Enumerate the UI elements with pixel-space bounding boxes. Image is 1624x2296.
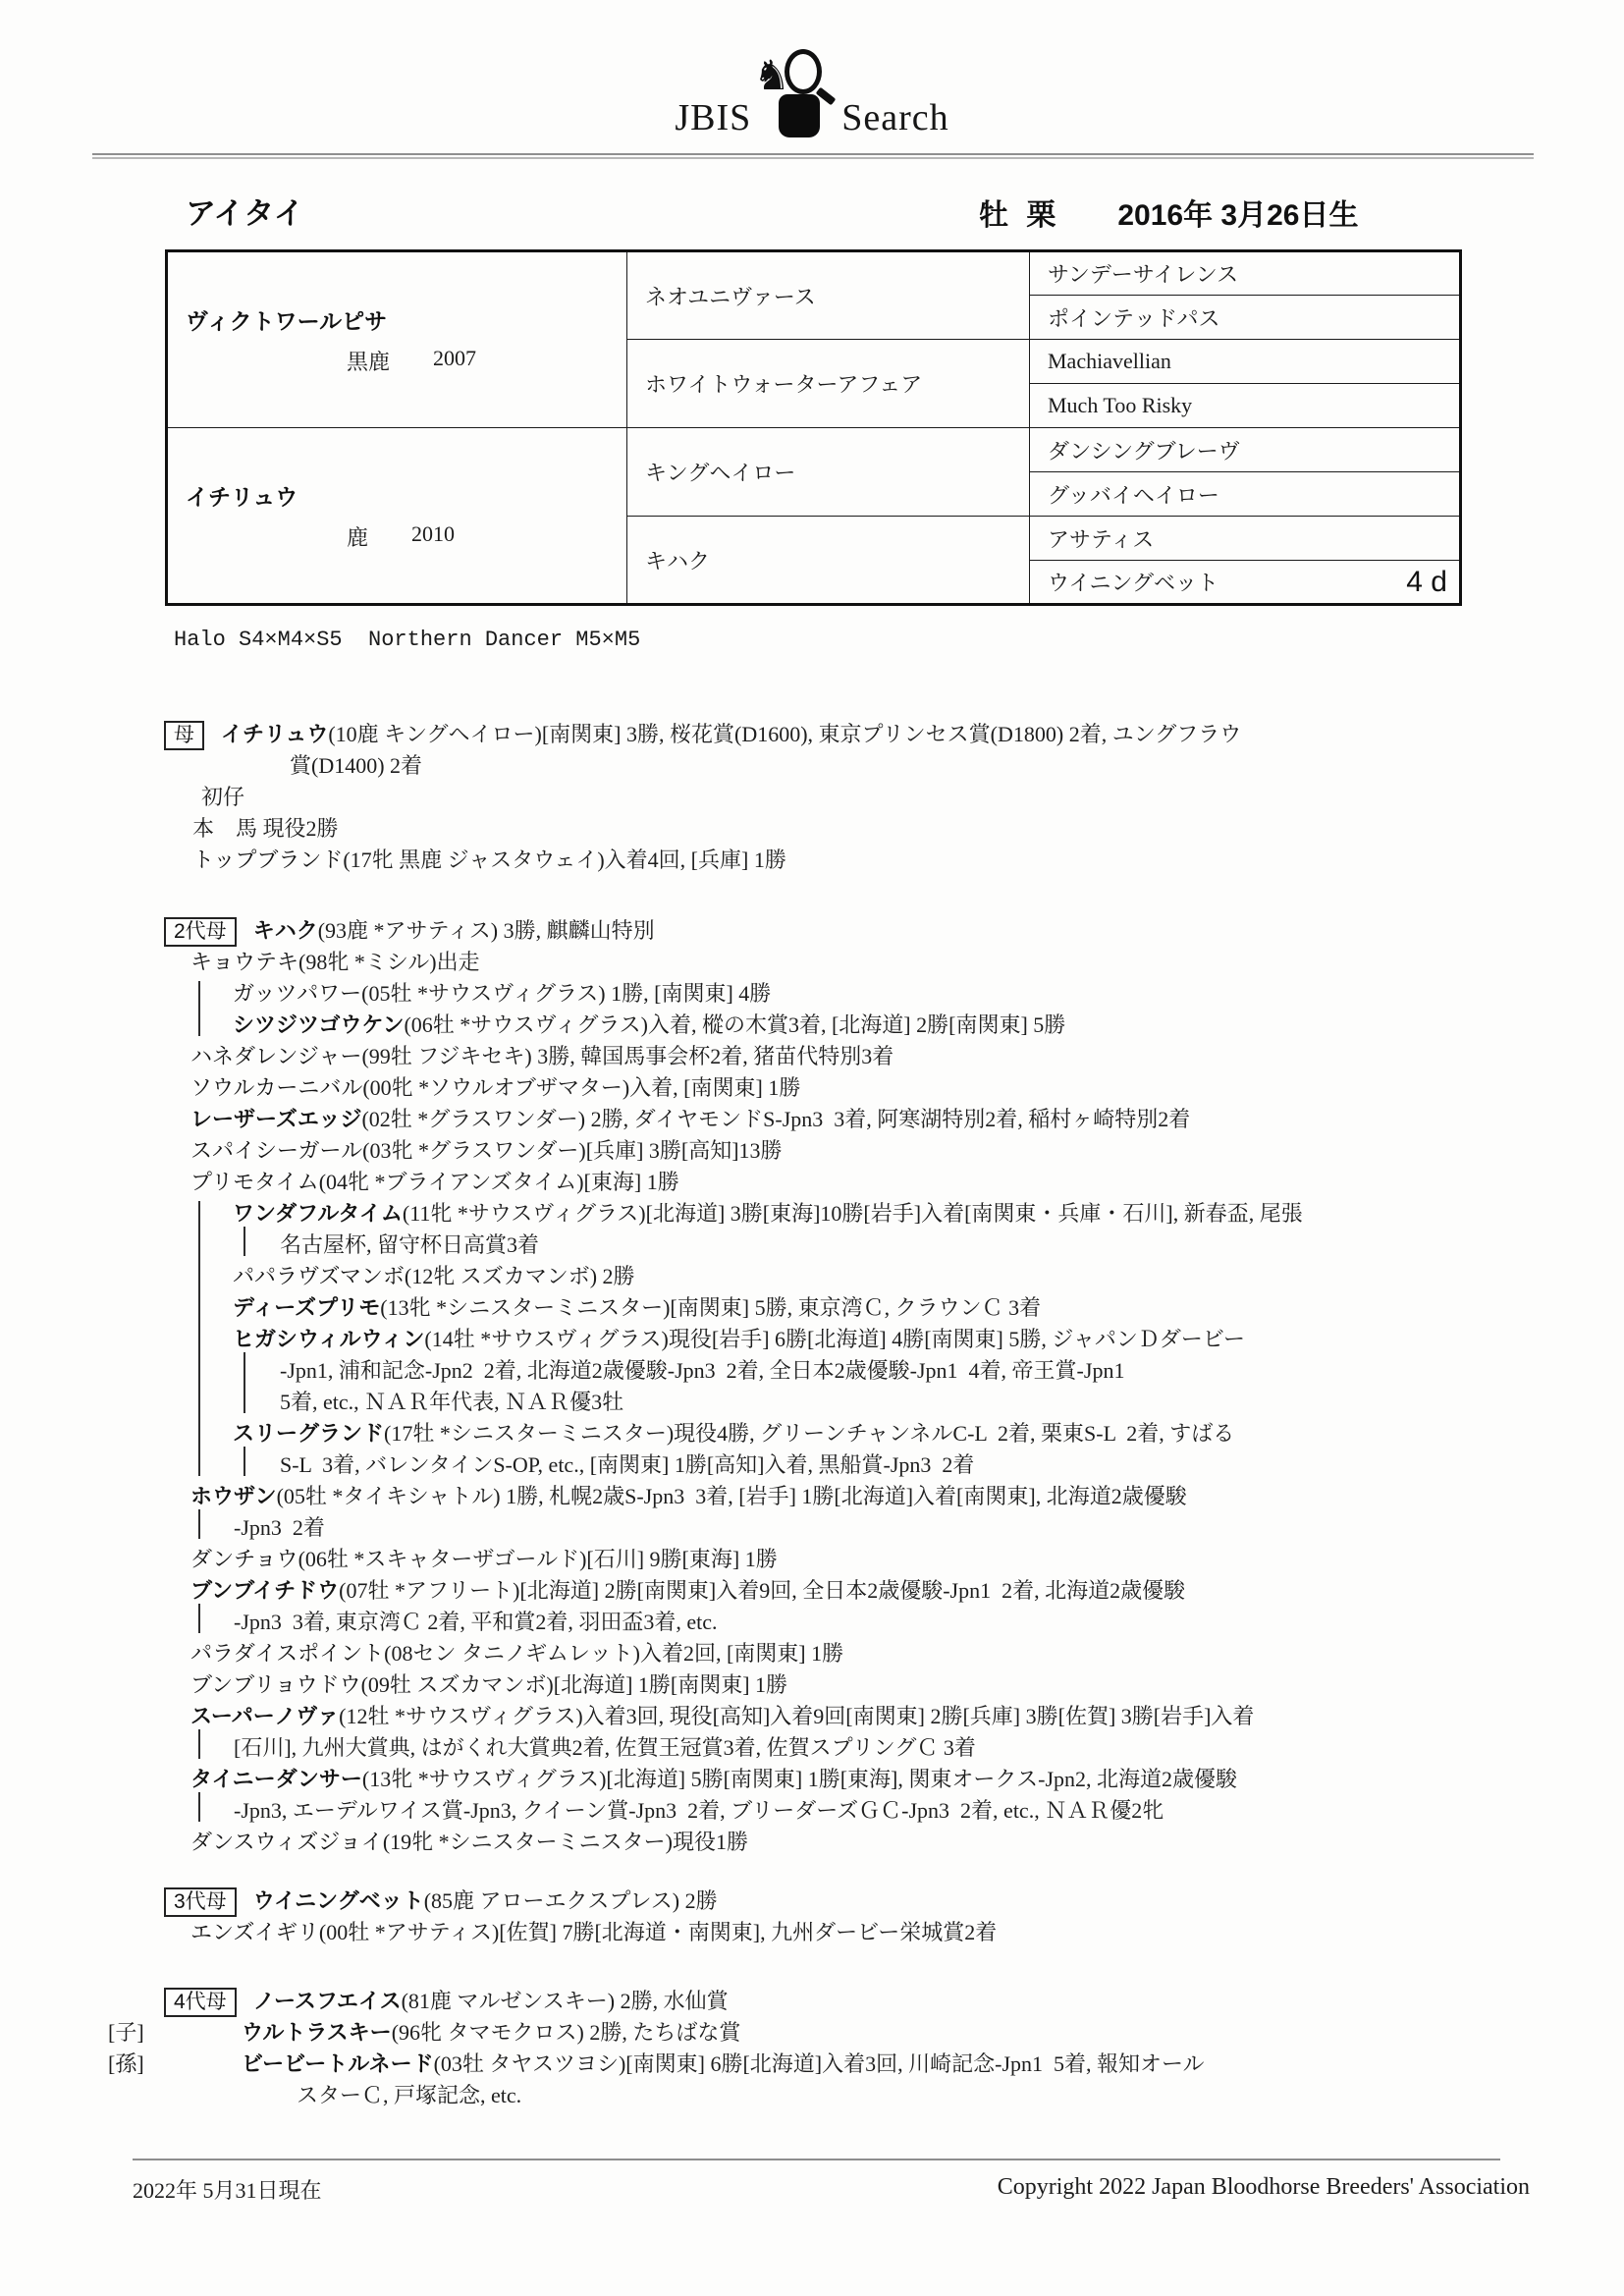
horse-name: プリモタイム xyxy=(190,1170,319,1194)
horse-details: (04牝 *ブライアンズタイム)[東海] 1勝 xyxy=(319,1170,679,1194)
header-divider xyxy=(92,153,1534,159)
family-entry: ソウルカーニバル(00牝 *ソウルオブザマター)入着, [南関東] 1勝 xyxy=(0,1072,1453,1104)
horse-name: ブンブイチドウ xyxy=(190,1578,339,1603)
page-footer: 2022年 5月31日現在 Copyright 2022 Japan Blood… xyxy=(0,2159,1624,2205)
magnifier-ring-icon xyxy=(785,49,822,94)
family-entry: [孫]ビービートルネード(03牡 タヤスツヨシ)[南関東] 6勝[北海道]入着3… xyxy=(0,2049,1453,2111)
pedigree-cell-sire-sire: ネオユニヴァース xyxy=(627,251,1030,340)
family-entry: エンズイギリ(00牡 *アサティス)[佐賀] 7勝[北海道・南関東], 九州ダー… xyxy=(0,1917,1453,1948)
family-entry: ダンスウィズジョイ(19牝 *シニスターミニスター)現役1勝 xyxy=(0,1827,1453,1858)
horse-name: トップブランド xyxy=(192,847,343,872)
family-entry: パラダイスポイント(08セン タニノギムレット)入着2回, [南関東] 1勝 xyxy=(0,1638,1453,1669)
horse-details: (93鹿 *アサティス) 3勝, 麒麟山特別 xyxy=(318,918,655,943)
horse-details: (81鹿 マルゼンスキー) 2勝, 水仙賞 xyxy=(402,1989,729,2013)
descendants-group: ワンダフルタイム(11牝 *サウスヴィグラス)[北海道] 3勝[東海]10勝[岩… xyxy=(0,1198,1453,1481)
horse-name: スーパーノヴァ xyxy=(190,1704,339,1728)
horse-name: パラダイスポイント xyxy=(190,1641,384,1666)
family-entry: ブンブイチドウ(07牡 *アフリート)[北海道] 2勝[南関東]入着9回, 全日… xyxy=(0,1575,1453,1638)
family-entry: シツジツゴウケン(06牡 *サウスヴィグラス)入着, 樅の木賞3着, [北海道]… xyxy=(0,1010,1453,1041)
horse-details: (17牝 黒鹿 ジャスタウェイ)入着4回, [兵庫] 1勝 xyxy=(343,847,786,872)
pedigree-cell-sire-dam: ホワイトウォーターアフェア xyxy=(627,340,1030,428)
family-number-tag: 4 d xyxy=(1406,566,1447,599)
inbreeding-line: Halo S4×M4×S5 Northern Dancer M5×M5 xyxy=(174,628,1624,652)
horse-name: キハク xyxy=(253,918,318,943)
horse-details: (12牝 スズカマンボ) 2勝 xyxy=(405,1264,635,1288)
jbis-logo: JBIS♞Search xyxy=(0,0,1624,139)
pedigree-cell-dam-dam: キハク xyxy=(627,517,1030,605)
family-entry: スリーグランド(17牡 *シニスターミニスター)現役4勝, グリーンチャンネルC… xyxy=(0,1418,1453,1481)
section-granddam4: 4代母ノースフエイス(81鹿 マルゼンスキー) 2勝, 水仙賞 [子]ウルトラス… xyxy=(0,1986,1453,2111)
pedigree-cell-sdd: Much Too Risky xyxy=(1030,384,1461,428)
horse-details: (06牡 *スキャターザゴールド)[石川] 9勝[東海] 1勝 xyxy=(298,1547,778,1571)
family-entry: ガッツパワー(05牡 *サウスヴィグラス) 1勝, [南関東] 4勝 xyxy=(0,978,1453,1010)
family-entry: 3代母ウイニングベット(85鹿 アローエクスプレス) 2勝 xyxy=(0,1886,1453,1917)
horse-name: ダンスウィズジョイ xyxy=(190,1830,383,1854)
footer-divider xyxy=(133,2159,1500,2160)
horse-name: ビービートルネード xyxy=(242,2051,434,2076)
pedigree-cell-dds: アサティス xyxy=(1030,517,1461,561)
pedigree-cell-sire: ヴィクトワールピサ 黒鹿2007 xyxy=(167,251,627,428)
family-entry: 母イチリュウ(10鹿 キングヘイロー)[南関東] 3勝, 桜花賞(D1600),… xyxy=(0,719,1453,782)
family-entry: 2代母キハク(93鹿 *アサティス) 3勝, 麒麟山特別 xyxy=(0,915,1453,947)
pedigree-cell-sss: サンデーサイレンス xyxy=(1030,251,1461,296)
horse-details: (05牡 *サウスヴィグラス) 1勝, [南関東] 4勝 xyxy=(361,981,771,1006)
table-row: イチリュウ 鹿2010 キングヘイロー ダンシングブレーヴ xyxy=(167,428,1461,472)
horse-birthdate: 2016年 3月26日生 xyxy=(1117,191,1358,234)
horse-details: (96牝 タマモクロス) 2勝, たちばな賞 xyxy=(392,2020,741,2045)
horse-name: ガッツパワー xyxy=(233,981,361,1006)
horse-name: ソウルカーニバル xyxy=(190,1075,362,1100)
dam-year: 2010 xyxy=(411,521,455,552)
sire-coat: 黒鹿 xyxy=(347,346,390,376)
horse-name: エンズイギリ xyxy=(190,1920,319,1944)
generation-label: 3代母 xyxy=(164,1887,237,1917)
section-granddam2: 2代母キハク(93鹿 *アサティス) 3勝, 麒麟山特別 キョウテキ(98牝 *… xyxy=(0,915,1453,1858)
horse-name: イチリュウ xyxy=(221,722,328,746)
family-entry: [子]ウルトラスキー(96牝 タマモクロス) 2勝, たちばな賞 xyxy=(0,2017,1453,2049)
horse-name: スリーグランド xyxy=(233,1421,384,1446)
title-row: アイタイ 牡 栗2016年 3月26日生 xyxy=(0,189,1624,232)
pedigree-cell-sds: Machiavellian xyxy=(1030,340,1461,384)
horse-details: (19牝 *シニスターミニスター)現役1勝 xyxy=(383,1830,748,1854)
family-entry: ホウザン(05牡 *タイキシャトル) 1勝, 札幌2歳S-Jpn3 3着, [岩… xyxy=(0,1481,1453,1544)
family-entry: パパラヴズマンボ(12牝 スズカマンボ) 2勝 xyxy=(0,1261,1453,1292)
horse-name: ウルトラスキー xyxy=(242,2020,392,2045)
sire-name: ヴィクトワールピサ xyxy=(168,303,626,336)
horse-name: タイニーダンサー xyxy=(190,1767,362,1791)
pedigree-cell-dsd: グッバイヘイロー xyxy=(1030,472,1461,517)
dam-coat: 鹿 xyxy=(347,521,368,552)
sire-year: 2007 xyxy=(433,346,476,376)
horse-details: (00牡 *アサティス)[佐賀] 7勝[北海道・南関東], 九州ダービー栄城賞2… xyxy=(319,1920,997,1944)
horse-name: ヒガシウィルウィン xyxy=(233,1327,424,1351)
horse-details: (09牡 スズカマンボ)[北海道] 1勝[南関東] 1勝 xyxy=(361,1672,787,1697)
family-entry: ダンチョウ(06牡 *スキャターザゴールド)[石川] 9勝[東海] 1勝 xyxy=(0,1544,1453,1575)
family-entry: トップブランド(17牝 黒鹿 ジャスタウェイ)入着4回, [兵庫] 1勝 xyxy=(0,845,1453,876)
horse-name: キョウテキ xyxy=(190,950,298,974)
horse-details: (14牡 *サウスヴィグラス)現役[岩手] 6勝[北海道] 4勝[南関東] 5勝… xyxy=(280,1327,1245,1414)
horse-details: (05牡 *タイキシャトル) 1勝, 札幌2歳S-Jpn3 3着, [岩手] 1… xyxy=(234,1484,1187,1540)
horse-magnifier-icon: ♞ xyxy=(755,49,838,139)
horse-details: (98牝 *ミシル)出走 xyxy=(298,950,480,974)
family-entry: レーザーズエッジ(02牡 *グラスワンダー) 2勝, ダイヤモンドS-Jpn3 … xyxy=(0,1104,1453,1135)
generation-label: 2代母 xyxy=(164,917,237,947)
generation-label: 母 xyxy=(164,721,204,750)
footer-copyright: Copyright 2022 Japan Bloodhorse Breeders… xyxy=(998,2174,1530,2205)
horse-details: (00牝 *ソウルオブザマター)入着, [南関東] 1勝 xyxy=(362,1075,800,1100)
horse-details: (13牝 *シニスターミニスター)[南関東] 5勝, 東京湾Ｃ, クラウンＣ 3… xyxy=(380,1295,1041,1320)
footer-date: 2022年 5月31日現在 xyxy=(133,2174,322,2205)
horse-details: (13牝 *サウスヴィグラス)[北海道] 5勝[南関東] 1勝[東海], 関東オ… xyxy=(234,1767,1237,1823)
pedigree-cell-ddd: ウイニングベット4 d xyxy=(1030,561,1461,605)
descendants-group: ガッツパワー(05牡 *サウスヴィグラス) 1勝, [南関東] 4勝 シツジツゴ… xyxy=(0,978,1453,1041)
section-granddam3: 3代母ウイニングベット(85鹿 アローエクスプレス) 2勝 エンズイギリ(00牡… xyxy=(0,1886,1453,1948)
horse-details: (10鹿 キングヘイロー)[南関東] 3勝, 桜花賞(D1600), 東京プリン… xyxy=(290,722,1241,778)
horse-details: (02牡 *グラスワンダー) 2勝, ダイヤモンドS-Jpn3 3着, 阿寒湖特… xyxy=(361,1107,1190,1131)
horse-name: ハネダレンジャー xyxy=(190,1044,361,1068)
logo-cylinder-shape xyxy=(779,94,820,137)
section-mother: 母イチリュウ(10鹿 キングヘイロー)[南関東] 3勝, 桜花賞(D1600),… xyxy=(0,719,1453,876)
horse-details: (03牝 *グラスワンダー)[兵庫] 3勝[高知]13勝 xyxy=(362,1138,782,1163)
pedigree-report-page: JBIS♞Search アイタイ 牡 栗2016年 3月26日生 ヴィクトワール… xyxy=(0,0,1624,2296)
pedigree-table: ヴィクトワールピサ 黒鹿2007 ネオユニヴァース サンデーサイレンス ポインテ… xyxy=(165,249,1462,606)
family-entry: ディーズプリモ(13牝 *シニスターミニスター)[南関東] 5勝, 東京湾Ｃ, … xyxy=(0,1292,1453,1324)
jbis-logo-text-right: Search xyxy=(841,96,948,139)
family-entry: ワンダフルタイム(11牝 *サウスヴィグラス)[北海道] 3勝[東海]10勝[岩… xyxy=(0,1198,1453,1261)
pedigree-cell-dss: ダンシングブレーヴ xyxy=(1030,428,1461,472)
family-entry: スーパーノヴァ(12牡 *サウスヴィグラス)入着3回, 現役[高知]入着9回[南… xyxy=(0,1701,1453,1764)
family-entry: ヒガシウィルウィン(14牡 *サウスヴィグラス)現役[岩手] 6勝[北海道] 4… xyxy=(0,1324,1453,1418)
family-entry: プリモタイム(04牝 *ブライアンズタイム)[東海] 1勝 xyxy=(0,1167,1453,1198)
horse-name: スパイシーガール xyxy=(190,1138,362,1163)
family-entry: ハネダレンジャー(99牡 フジキセキ) 3勝, 韓国馬事会杯2着, 猪苗代特別3… xyxy=(0,1041,1453,1072)
family-entry: タイニーダンサー(13牝 *サウスヴィグラス)[北海道] 5勝[南関東] 1勝[… xyxy=(0,1764,1453,1827)
note-this-horse: 本 馬 現役2勝 xyxy=(0,813,1453,845)
dam-name: イチリュウ xyxy=(168,479,626,512)
horse-details: (85鹿 アローエクスプレス) 2勝 xyxy=(424,1888,718,1913)
horse-details: (12牡 *サウスヴィグラス)入着3回, 現役[高知]入着9回[南関東] 2勝[… xyxy=(234,1704,1254,1760)
horse-sex-coat: 牡 栗 xyxy=(979,191,1060,234)
horse-name: ディーズプリモ xyxy=(233,1295,380,1320)
horse-details: (08セン タニノギムレット)入着2回, [南関東] 1勝 xyxy=(384,1641,843,1666)
horse-name: ダンチョウ xyxy=(190,1547,298,1571)
pedigree-cell-ssd: ポインテッドパス xyxy=(1030,296,1461,340)
horse-name: シツジツゴウケン xyxy=(233,1012,404,1037)
family-entry: ブンブリョウドウ(09牡 スズカマンボ)[北海道] 1勝[南関東] 1勝 xyxy=(0,1669,1453,1701)
family-entry: キョウテキ(98牝 *ミシル)出走 xyxy=(0,947,1453,978)
horse-details: (07牡 *アフリート)[北海道] 2勝[南関東]入着9回, 全日本2歳優駿-J… xyxy=(234,1578,1185,1634)
generation-label: 4代母 xyxy=(164,1988,237,2017)
horse-name: ワンダフルタイム xyxy=(233,1201,403,1226)
horse-sex-birth: 牡 栗2016年 3月26日生 xyxy=(979,191,1358,234)
horse-name: レーザーズエッジ xyxy=(190,1107,361,1131)
pedigree-cell-dam: イチリュウ 鹿2010 xyxy=(167,428,627,605)
family-entry: スパイシーガール(03牝 *グラスワンダー)[兵庫] 3勝[高知]13勝 xyxy=(0,1135,1453,1167)
jbis-logo-text-left: JBIS xyxy=(675,96,751,139)
horse-details: (11牝 *サウスヴィグラス)[北海道] 3勝[東海]10勝[岩手]入着[南関東… xyxy=(280,1201,1303,1257)
horse-name: ノースフエイス xyxy=(253,1989,402,2013)
horse-details: (03牡 タヤスツヨシ)[南関東] 6勝[北海道]入着3回, 川崎記念-Jpn1… xyxy=(297,2051,1205,2107)
horse-name: パパラヴズマンボ xyxy=(233,1264,405,1288)
table-row: ヴィクトワールピサ 黒鹿2007 ネオユニヴァース サンデーサイレンス xyxy=(167,251,1461,296)
horse-name: ホウザン xyxy=(190,1484,277,1508)
horse-details: (99牡 フジキセキ) 3勝, 韓国馬事会杯2着, 猪苗代特別3着 xyxy=(361,1044,893,1068)
page-title-horse-name: アイタイ xyxy=(186,189,304,233)
horse-name: ブンブリョウドウ xyxy=(190,1672,361,1697)
family-entry: 4代母ノースフエイス(81鹿 マルゼンスキー) 2勝, 水仙賞 xyxy=(0,1986,1453,2017)
horse-details: (17牡 *シニスターミニスター)現役4勝, グリーンチャンネルC-L 2着, … xyxy=(280,1421,1234,1477)
horse-details: (06牡 *サウスヴィグラス)入着, 樅の木賞3着, [北海道] 2勝[南関東]… xyxy=(404,1012,1065,1037)
pedigree-cell-dam-sire: キングヘイロー xyxy=(627,428,1030,517)
horse-name: ウイニングベット xyxy=(253,1888,424,1913)
note-firstfoal: 初仔 xyxy=(0,782,1453,813)
